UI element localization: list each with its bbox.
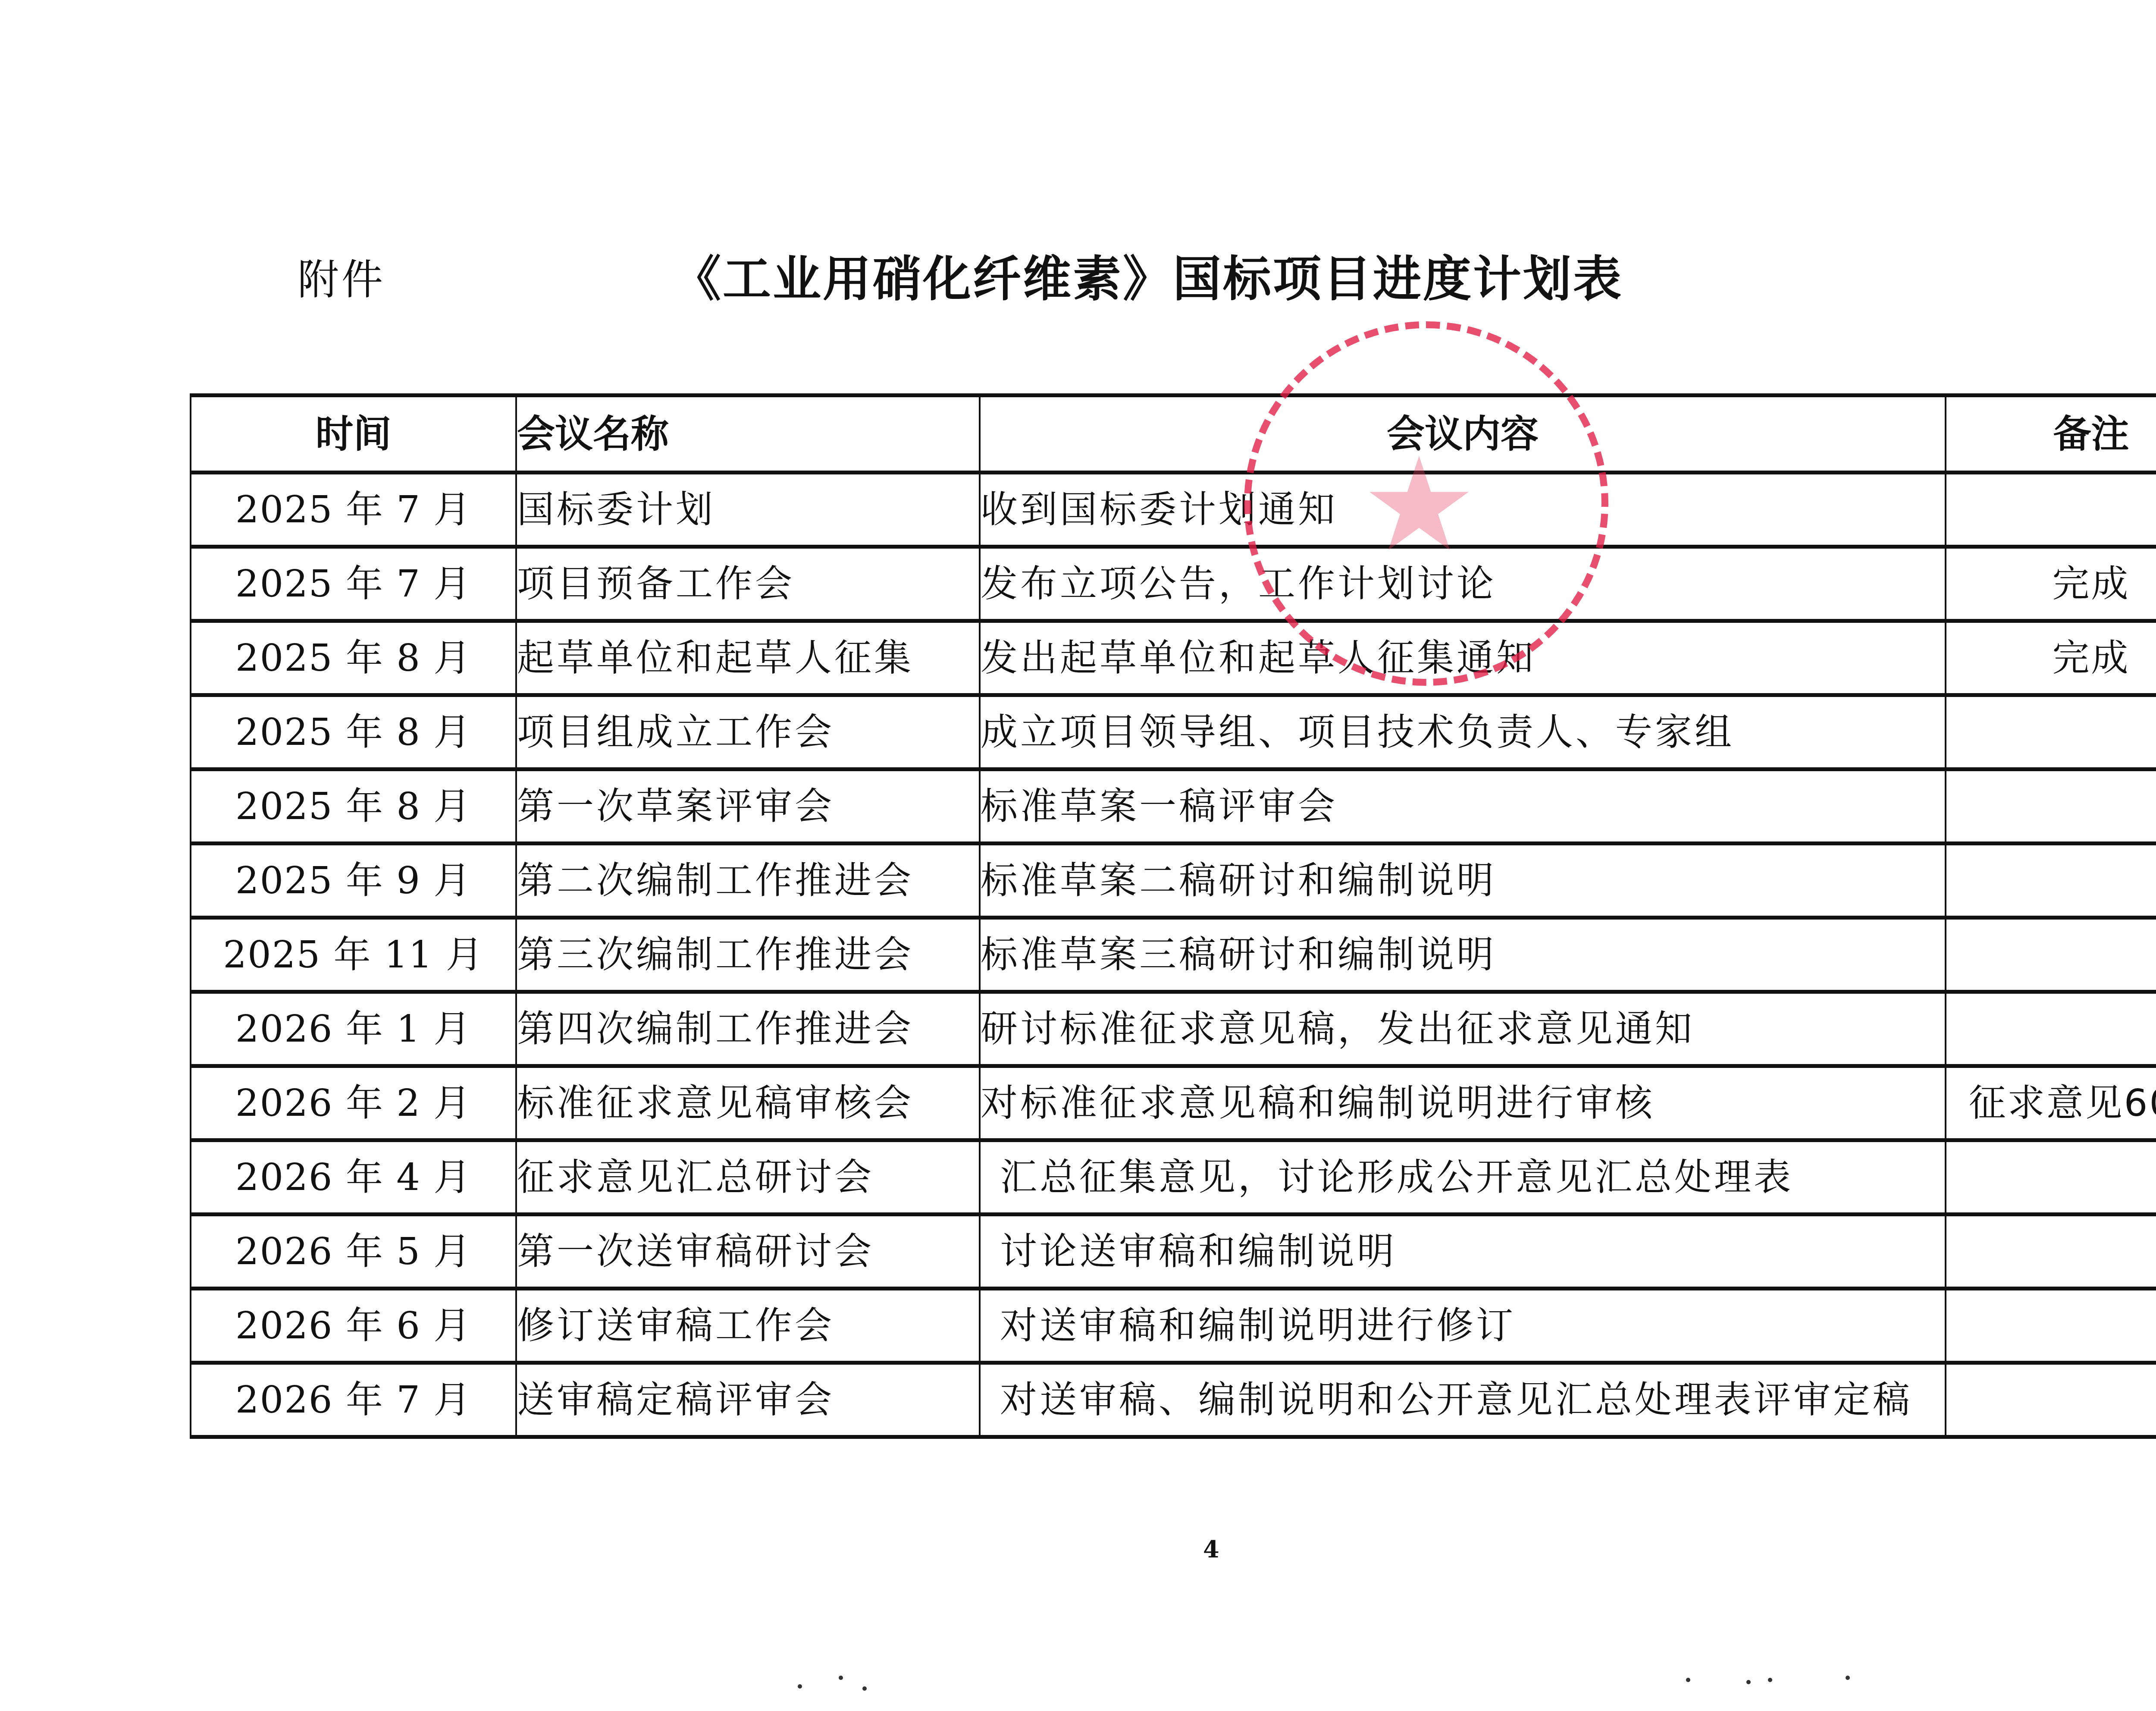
scan-speck [839,1676,843,1680]
meeting-content-cell: 标准草案二稿研讨和编制说明 [980,844,1946,918]
meeting-content-cell: 发出起草单位和起草人征集通知 [980,621,1946,695]
time-cell: 2025 年 9 月 [191,844,516,918]
meeting-content-cell: 对送审稿、编制说明和公开意见汇总处理表评审定稿 [980,1363,1946,1437]
remarks-cell [1946,1363,2156,1437]
meeting-name-cell: 标准征求意见稿审核会 [516,1066,980,1140]
time-cell: 2026 年 5 月 [191,1215,516,1289]
column-header-time: 时间 [191,396,516,473]
table-row: 2026 年 7 月 送审稿定稿评审会 对送审稿、编制说明和公开意见汇总处理表评… [191,1363,2156,1437]
meeting-content-cell: 成立项目领导组、项目技术负责人、专家组 [980,695,1946,769]
meeting-name-cell: 第三次编制工作推进会 [516,918,980,992]
meeting-name-cell: 第四次编制工作推进会 [516,992,980,1066]
scan-speck [798,1684,802,1689]
remarks-cell [1946,992,2156,1066]
meeting-name-cell: 征求意见汇总研讨会 [516,1140,980,1215]
time-cell: 2025 年 8 月 [191,695,516,769]
table-row: 2026 年 2 月 标准征求意见稿审核会 对标准征求意见稿和编制说明进行审核 … [191,1066,2156,1140]
meeting-name-cell: 国标委计划 [516,473,980,547]
time-cell: 2026 年 6 月 [191,1289,516,1363]
remarks-cell [1946,1140,2156,1215]
meeting-name-cell: 第一次草案评审会 [516,769,980,844]
column-header-meeting-name: 会议名称 [516,396,980,473]
table-row: 2026 年 5 月 第一次送审稿研讨会 讨论送审稿和编制说明 [191,1215,2156,1289]
meeting-content-cell: 发布立项公告，工作计划讨论 [980,547,1946,621]
time-cell: 2026 年 2 月 [191,1066,516,1140]
remarks-cell [1946,473,2156,547]
meeting-content-cell: 对送审稿和编制说明进行修订 [980,1289,1946,1363]
remarks-cell [1946,1289,2156,1363]
scan-speck [1768,1678,1772,1682]
table-row: 2025 年 7 月 项目预备工作会 发布立项公告，工作计划讨论 完成 [191,547,2156,621]
table-row: 2025 年 11 月 第三次编制工作推进会 标准草案三稿研讨和编制说明 [191,918,2156,992]
meeting-name-cell: 送审稿定稿评审会 [516,1363,980,1437]
meeting-content-cell: 汇总征集意见，讨论形成公开意见汇总处理表 [980,1140,1946,1215]
page-title: 《工业用硝化纤维素》国标项目进度计划表 [673,255,1623,304]
meeting-name-cell: 修订送审稿工作会 [516,1289,980,1363]
scan-speck [1686,1678,1690,1682]
table-row: 2025 年 7 月 国标委计划 收到国标委计划通知 [191,473,2156,547]
time-cell: 2026 年 7 月 [191,1363,516,1437]
time-cell: 2025 年 8 月 [191,621,516,695]
scan-speck [862,1686,867,1691]
table-row: 2025 年 8 月 第一次草案评审会 标准草案一稿评审会 [191,769,2156,844]
meeting-name-cell: 第二次编制工作推进会 [516,844,980,918]
table-row: 2025 年 8 月 起草单位和起草人征集 发出起草单位和起草人征集通知 完成 [191,621,2156,695]
remarks-cell [1946,695,2156,769]
remarks-cell: 完成 [1946,547,2156,621]
time-cell: 2025 年 11 月 [191,918,516,992]
meeting-content-cell: 讨论送审稿和编制说明 [980,1215,1946,1289]
remarks-cell: 完成 [1946,621,2156,695]
time-cell: 2025 年 8 月 [191,769,516,844]
page-number: 4 [1203,1535,1219,1563]
table-row: 2025 年 8 月 项目组成立工作会 成立项目领导组、项目技术负责人、专家组 [191,695,2156,769]
table-row: 2026 年 1 月 第四次编制工作推进会 研讨标准征求意见稿，发出征求意见通知 [191,992,2156,1066]
scan-speck [1846,1676,1850,1680]
remarks-cell [1946,918,2156,992]
meeting-name-cell: 起草单位和起草人征集 [516,621,980,695]
remarks-cell: 征求意见60天 [1946,1066,2156,1140]
time-cell: 2025 年 7 月 [191,473,516,547]
time-cell: 2025 年 7 月 [191,547,516,621]
meeting-name-cell: 第一次送审稿研讨会 [516,1215,980,1289]
meeting-content-cell: 研讨标准征求意见稿，发出征求意见通知 [980,992,1946,1066]
meeting-name-cell: 项目预备工作会 [516,547,980,621]
table-header-row: 时间 会议名称 会议内容 备注 [191,396,2156,473]
column-header-meeting-content: 会议内容 [980,396,1946,473]
remarks-cell [1946,1215,2156,1289]
attachment-label: 附件 [298,259,385,300]
meeting-name-cell: 项目组成立工作会 [516,695,980,769]
table-row: 2026 年 4 月 征求意见汇总研讨会 汇总征集意见，讨论形成公开意见汇总处理… [191,1140,2156,1215]
table-row: 2025 年 9 月 第二次编制工作推进会 标准草案二稿研讨和编制说明 [191,844,2156,918]
time-cell: 2026 年 1 月 [191,992,516,1066]
meeting-content-cell: 标准草案一稿评审会 [980,769,1946,844]
table-row: 2026 年 6 月 修订送审稿工作会 对送审稿和编制说明进行修订 [191,1289,2156,1363]
meeting-content-cell: 对标准征求意见稿和编制说明进行审核 [980,1066,1946,1140]
scan-speck [1746,1680,1751,1684]
meeting-content-cell: 收到国标委计划通知 [980,473,1946,547]
meeting-content-cell: 标准草案三稿研讨和编制说明 [980,918,1946,992]
remarks-cell [1946,769,2156,844]
time-cell: 2026 年 4 月 [191,1140,516,1215]
column-header-remarks: 备注 [1946,396,2156,473]
remarks-cell [1946,844,2156,918]
schedule-table: 时间 会议名称 会议内容 备注 2025 年 7 月 国标委计划 收到国标委计划… [190,393,2156,1439]
